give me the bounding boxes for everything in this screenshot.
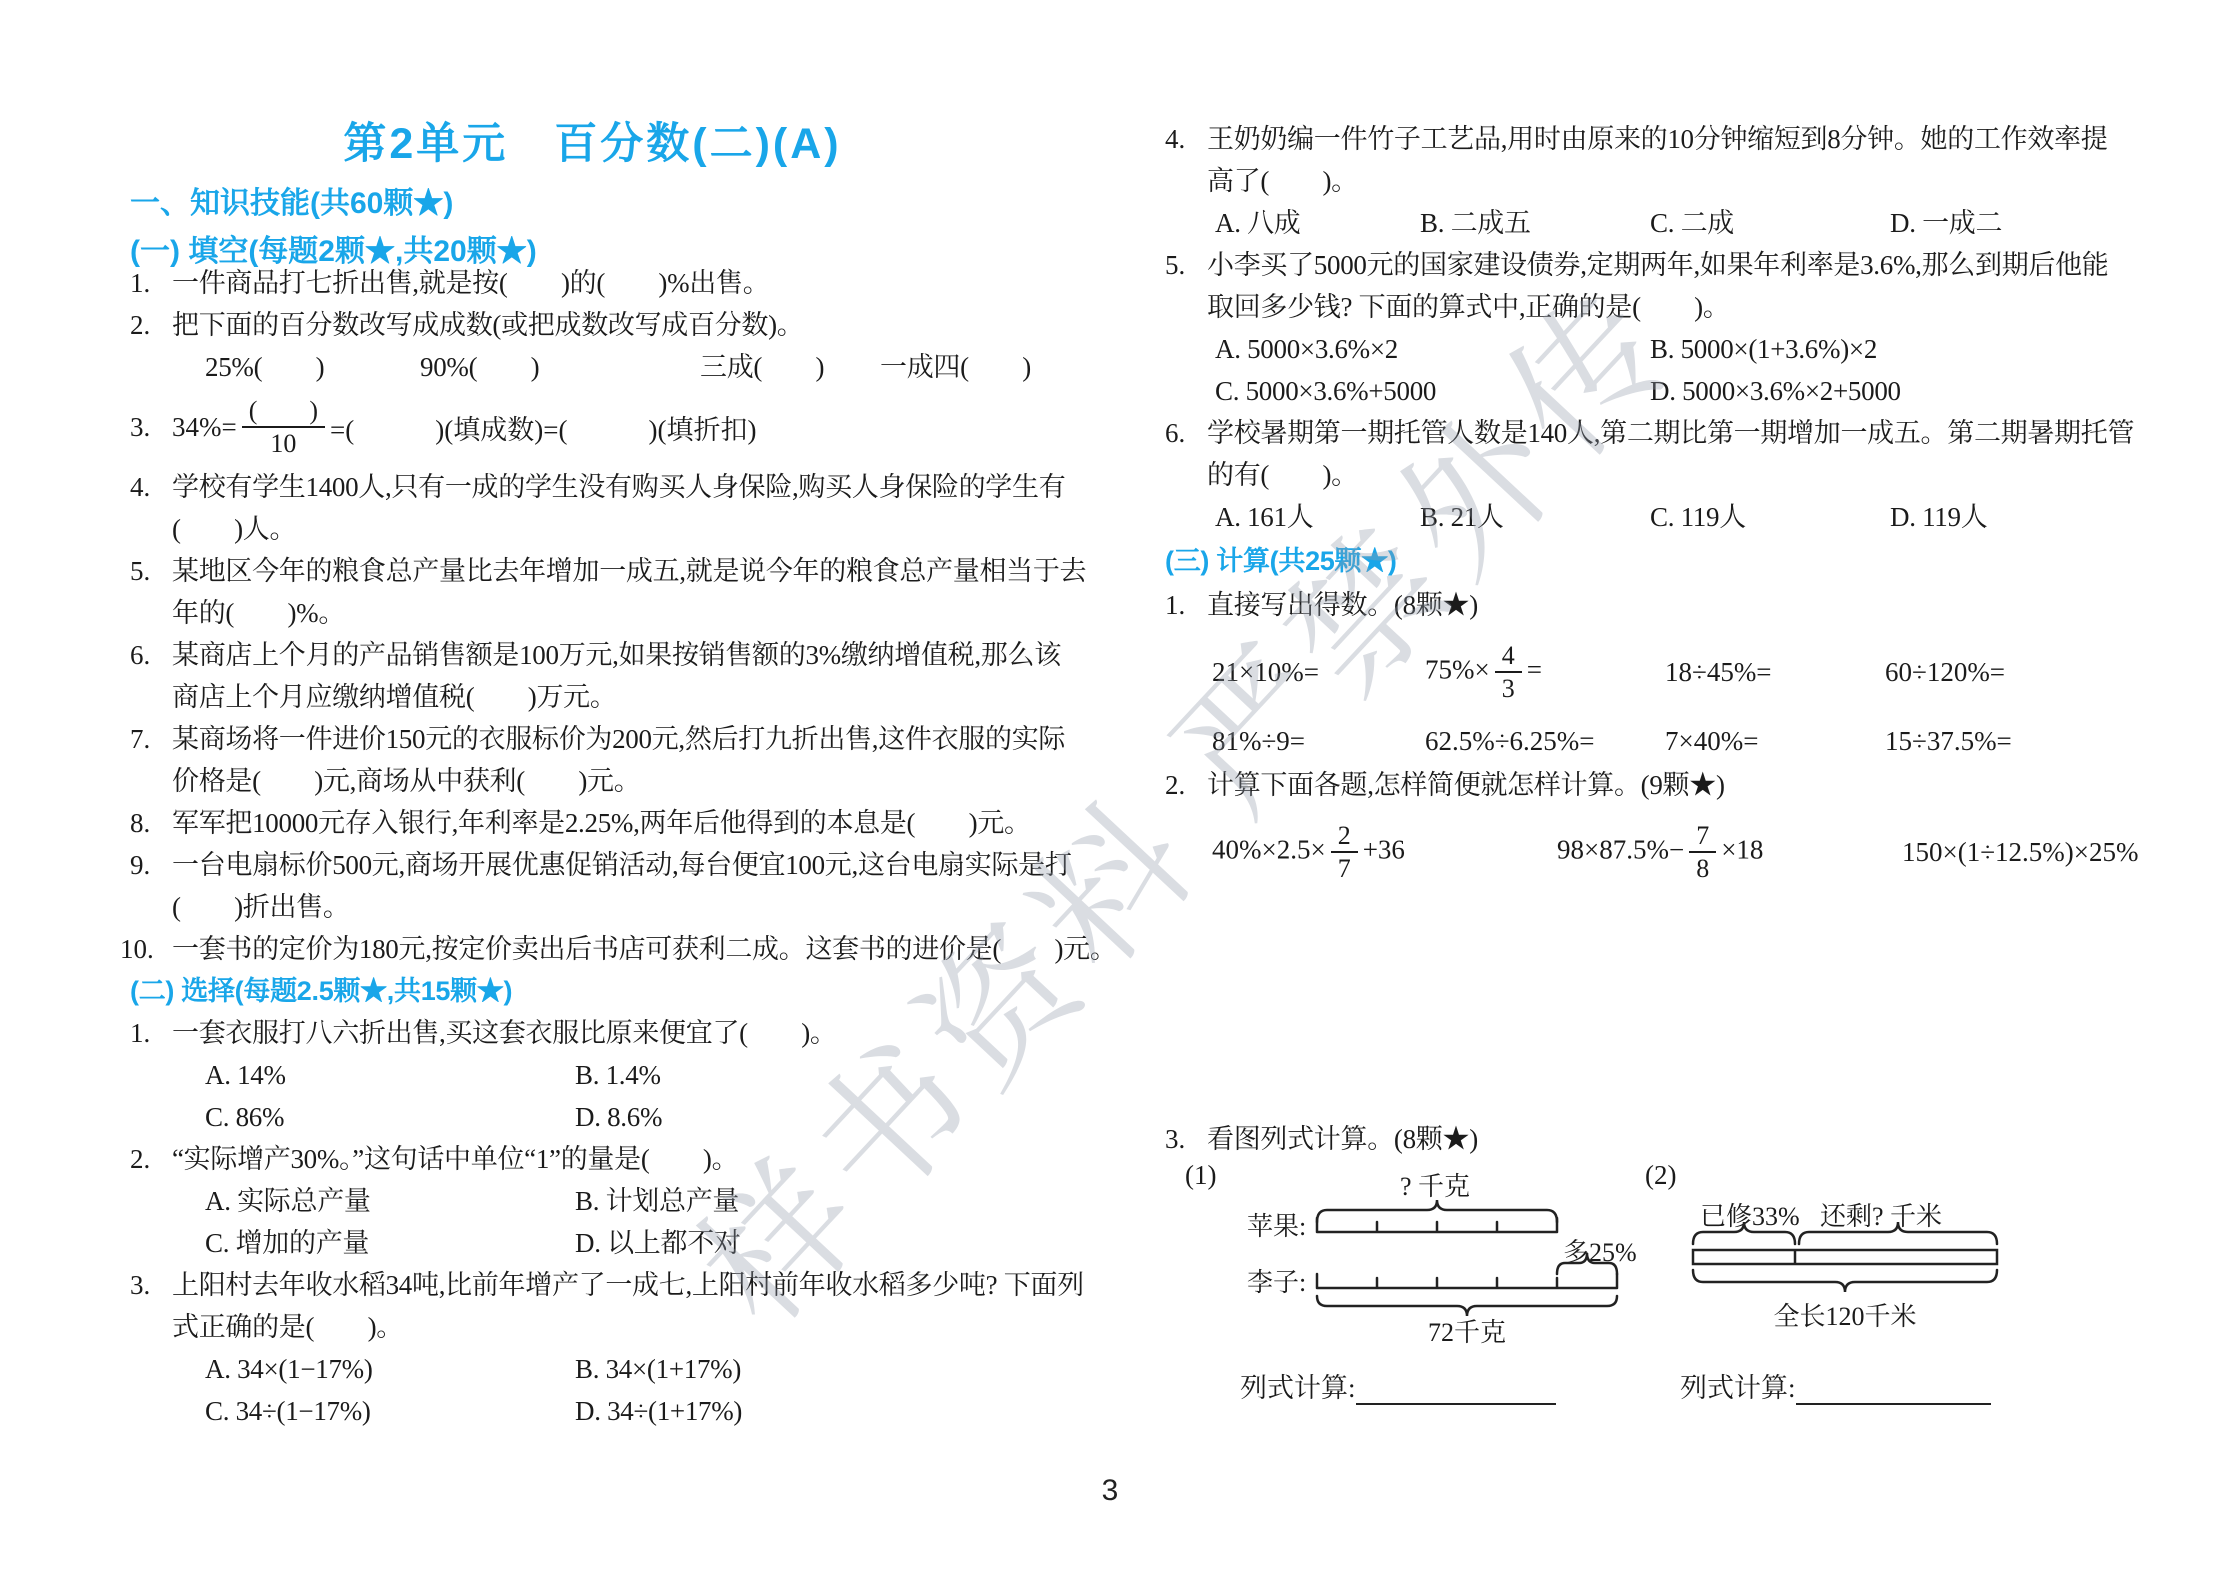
expr-suffix: ×18 bbox=[1721, 834, 1763, 864]
question-number: 1. bbox=[1165, 584, 1207, 764]
question-number: 9. bbox=[130, 844, 172, 928]
fraction: ( ) 10 bbox=[242, 395, 325, 459]
option-d: D. 一成二 bbox=[1890, 202, 2125, 244]
option-c: C. 5000×3.6%+5000 bbox=[1215, 370, 1650, 412]
fraction-denominator: 10 bbox=[242, 428, 325, 459]
calc-item: 75%×43= bbox=[1425, 640, 1665, 704]
option-a: A. 14% bbox=[205, 1054, 575, 1096]
fraction-numerator: 7 bbox=[1689, 820, 1716, 853]
tape-diagrams: (1) ? 千克 苹果: 多25% 李子: 72千克 (2) 已修33% 还剩?… bbox=[1165, 1160, 2125, 1420]
option-b: B. 21人 bbox=[1420, 496, 1650, 538]
option-c: C. 增加的产量 bbox=[205, 1222, 575, 1264]
option-d: D. 以上都不对 bbox=[575, 1222, 1055, 1264]
fraction-denominator: 3 bbox=[1495, 673, 1522, 704]
option-b: B. 34×(1+17%) bbox=[575, 1348, 1055, 1390]
calc-item: 21×10%= bbox=[1212, 657, 1425, 688]
question-text: 军军把10000元存入银行,年利率是2.25%,两年后他得到的本息是( )元。 bbox=[172, 802, 1055, 844]
option-c: C. 34÷(1−17%) bbox=[205, 1390, 575, 1432]
question-text: ( )人。 bbox=[172, 508, 1055, 550]
expr-suffix: +36 bbox=[1363, 834, 1405, 864]
expr-suffix: = bbox=[1527, 654, 1542, 684]
expression: 150×(1÷12.5%)×25% bbox=[1902, 837, 2139, 868]
top-brace bbox=[1317, 1200, 1557, 1222]
question-text: 商店上个月应缴纳增值税( )万元。 bbox=[172, 676, 1055, 718]
road-bar bbox=[1693, 1250, 1997, 1264]
option-c: C. 二成 bbox=[1650, 202, 1890, 244]
question-text: 价格是( )元,商场从中获利( )元。 bbox=[172, 760, 1055, 802]
options-row: C. 86% D. 8.6% bbox=[205, 1096, 1055, 1138]
section-heading-choice: (二) 选择(每题2.5颗★,共15颗★) bbox=[130, 970, 1055, 1012]
question-text: 某商店上个月的产品销售额是100万元,如果按销售额的3%缴纳增值税,那么该 bbox=[172, 634, 1055, 676]
total-brace bbox=[1693, 1270, 1997, 1292]
fraction-denominator: 7 bbox=[1331, 853, 1358, 884]
calc-item: 15÷37.5%= bbox=[1885, 718, 2125, 764]
question-number: 2. bbox=[1165, 764, 1207, 898]
options-row: A. 八成 B. 二成五 C. 二成 D. 一成二 bbox=[1215, 202, 2125, 244]
fraction-numerator: 2 bbox=[1331, 820, 1358, 853]
equation-prefix: 34%= bbox=[172, 412, 237, 443]
question-text: 计算下面各题,怎样简便就怎样计算。(9颗★) bbox=[1207, 764, 2125, 806]
question-text: 一件商品打七折出售,就是按( )的( )%出售。 bbox=[172, 262, 1055, 304]
calc-q2: 2. 计算下面各题,怎样简便就怎样计算。(9颗★) 40%×2.5×27+36 … bbox=[1165, 764, 2125, 898]
fill-q5: 5. 某地区今年的粮食总产量比去年增加一成五,就是说今年的粮食总产量相当于去 年… bbox=[130, 550, 1055, 634]
option-a: A. 161人 bbox=[1215, 496, 1420, 538]
question-text: 一台电扇标价500元,商场开展优惠促销活动,每台便宜100元,这台电扇实际是打 bbox=[172, 844, 1055, 886]
diagram-1-svg bbox=[1225, 1160, 1695, 1360]
calc-row-2: 81%÷9= 62.5%÷6.25%= 7×40%= 15÷37.5%= bbox=[1212, 718, 2125, 764]
choice-q4: 4. 王奶奶编一件竹子工艺品,用时由原来的10分钟缩短到8分钟。她的工作效率提 … bbox=[1165, 118, 2125, 244]
fraction: 43 bbox=[1495, 640, 1522, 704]
option-c: C. 86% bbox=[205, 1096, 575, 1138]
question-number: 5. bbox=[1165, 244, 1207, 412]
fill-q7: 7. 某商场将一件进价150元的衣服标价为200元,然后打九折出售,这件衣服的实… bbox=[130, 718, 1055, 802]
calc-item: 62.5%÷6.25%= bbox=[1425, 718, 1665, 764]
choice-q2: 2. “实际增产30%。”这句话中单位“1”的量是( )。 A. 实际总产量 B… bbox=[130, 1138, 1055, 1264]
question-text: 把下面的百分数改写成成数(或把成数改写成百分数)。 bbox=[172, 304, 1055, 346]
plum-bar bbox=[1317, 1274, 1617, 1288]
answer-row-1: 列式计算: bbox=[1240, 1366, 1556, 1405]
question-text: ( )折出售。 bbox=[172, 886, 1055, 928]
answer-blank bbox=[1796, 1373, 1991, 1405]
question-text: 某商场将一件进价150元的衣服标价为200元,然后打九折出售,这件衣服的实际 bbox=[172, 718, 1055, 760]
option-a: A. 5000×3.6%×2 bbox=[1215, 328, 1650, 370]
question-text: 式正确的是( )。 bbox=[172, 1306, 1055, 1348]
fill-q2: 2. 把下面的百分数改写成成数(或把成数改写成百分数)。 25%( ) 90%(… bbox=[130, 304, 1055, 388]
calc-q1: 1. 直接写出得数。(8颗★) 21×10%= 75%×43= 18÷45%= … bbox=[1165, 584, 2125, 764]
question-text: 学校有学生1400人,只有一成的学生没有购买人身保险,购买人身保险的学生有 bbox=[172, 466, 1055, 508]
page-number: 3 bbox=[1060, 1474, 1160, 1508]
question-text: 王奶奶编一件竹子工艺品,用时由原来的10分钟缩短到8分钟。她的工作效率提 bbox=[1207, 118, 2125, 160]
fill-q6: 6. 某商店上个月的产品销售额是100万元,如果按销售额的3%缴纳增值税,那么该… bbox=[130, 634, 1055, 718]
question-text: 一套衣服打八六折出售,买这套衣服比原来便宜了( )。 bbox=[172, 1012, 1055, 1054]
expr-prefix: 75%× bbox=[1425, 654, 1490, 684]
option-d: D. 5000×3.6%×2+5000 bbox=[1650, 370, 2125, 412]
question-number: 6. bbox=[130, 634, 172, 718]
question-number: 4. bbox=[1165, 118, 1207, 244]
option-b: B. 计划总产量 bbox=[575, 1180, 1055, 1222]
question-text: 高了( )。 bbox=[1207, 160, 2125, 202]
question-number: 1. bbox=[130, 1012, 172, 1138]
options-row: C. 34÷(1−17%) D. 34÷(1+17%) bbox=[205, 1390, 1055, 1432]
options-row: C. 增加的产量 D. 以上都不对 bbox=[205, 1222, 1055, 1264]
more-brace bbox=[1557, 1253, 1617, 1274]
fill-q10: 10. 一套书的定价为180元,按定价卖出后书店可获利二成。这套书的进价是( )… bbox=[130, 928, 1055, 970]
fraction-denominator: 8 bbox=[1689, 853, 1716, 884]
diagram-1-label: (1) bbox=[1185, 1160, 1216, 1191]
option-a: A. 实际总产量 bbox=[205, 1180, 575, 1222]
left-brace bbox=[1799, 1222, 1997, 1244]
question-number: 6. bbox=[1165, 412, 1207, 538]
question-text: 的有( )。 bbox=[1207, 454, 2125, 496]
calc-item: 7×40%= bbox=[1665, 718, 1885, 764]
options-row: A. 实际总产量 B. 计划总产量 bbox=[205, 1180, 1055, 1222]
options-row: A. 5000×3.6%×2 B. 5000×(1+3.6%)×2 bbox=[1215, 328, 2125, 370]
option-b: B. 1.4% bbox=[575, 1054, 1055, 1096]
question-text: 小李买了5000元的国家建设债券,定期两年,如果年利率是3.6%,那么到期后他能 bbox=[1207, 244, 2125, 286]
fraction-numerator: ( ) bbox=[242, 395, 325, 428]
fraction: 27 bbox=[1331, 820, 1358, 884]
question-text: 学校暑期第一期托管人数是140人,第二期比第一期增加一成五。第二期暑期托管 bbox=[1207, 412, 2125, 454]
done-brace bbox=[1693, 1222, 1795, 1244]
blank-cell: 25%( ) bbox=[205, 346, 420, 388]
question-text: 直接写出得数。(8颗★) bbox=[1207, 584, 2125, 626]
question-text: “实际增产30%。”这句话中单位“1”的量是( )。 bbox=[172, 1138, 1055, 1180]
fill-q2-cells: 25%( ) 90%( ) 三成( ) 一成四( ) bbox=[205, 346, 1055, 388]
blank-cell: 90%( ) bbox=[420, 346, 700, 388]
calc-q3: 3. 看图列式计算。(8颗★) bbox=[1165, 1118, 2125, 1160]
calc-row-1: 21×10%= 75%×43= 18÷45%= 60÷120%= bbox=[1212, 626, 2125, 718]
expression: 98×87.5%−78×18 bbox=[1557, 820, 1902, 884]
choice-q1: 1. 一套衣服打八六折出售,买这套衣服比原来便宜了( )。 A. 14% B. … bbox=[130, 1012, 1055, 1138]
question-text: 取回多少钱? 下面的算式中,正确的是( )。 bbox=[1207, 286, 2125, 328]
fill-questions: 1. 一件商品打七折出售,就是按( )的( )%出售。 2. 把下面的百分数改写… bbox=[130, 262, 1055, 1432]
answer-blank bbox=[1356, 1373, 1556, 1405]
calc-item: 60÷120%= bbox=[1885, 657, 2125, 688]
blank-cell: 一成四( ) bbox=[880, 346, 1031, 388]
fraction: 78 bbox=[1689, 820, 1716, 884]
choice-q3: 3. 上阳村去年收水稻34吨,比前年增产了一成七,上阳村前年收水稻多少吨? 下面… bbox=[130, 1264, 1055, 1432]
fill-q9: 9. 一台电扇标价500元,商场开展优惠促销活动,每台便宜100元,这台电扇实际… bbox=[130, 844, 1055, 928]
question-number: 3. bbox=[1165, 1118, 1207, 1160]
expr-prefix: 40%×2.5× bbox=[1212, 834, 1326, 864]
answer-label: 列式计算: bbox=[1240, 1373, 1356, 1403]
question-text: 看图列式计算。(8颗★) bbox=[1207, 1118, 2125, 1160]
question-text: 一套书的定价为180元,按定价卖出后书店可获利二成。这套书的进价是( )元。 bbox=[172, 928, 1055, 970]
question-number: 4. bbox=[130, 466, 172, 550]
right-column: 4. 王奶奶编一件竹子工艺品,用时由原来的10分钟缩短到8分钟。她的工作效率提 … bbox=[1165, 118, 2125, 1420]
calc-item: 18÷45%= bbox=[1665, 657, 1885, 688]
section-heading-knowledge: 一、知识技能(共60颗★) bbox=[130, 178, 453, 222]
fill-q3: 3. 34%= ( ) 10 =( )(填成数)=( )(填折扣) bbox=[130, 388, 1055, 466]
options-row: A. 34×(1−17%) B. 34×(1+17%) bbox=[205, 1348, 1055, 1390]
section-heading-calc: (三) 计算(共25颗★) bbox=[1165, 538, 2125, 584]
option-a: A. 八成 bbox=[1215, 202, 1420, 244]
question-text: 上阳村去年收水稻34吨,比前年增产了一成七,上阳村前年收水稻多少吨? 下面列 bbox=[172, 1264, 1055, 1306]
fill-q4: 4. 学校有学生1400人,只有一成的学生没有购买人身保险,购买人身保险的学生有… bbox=[130, 466, 1055, 550]
option-d: D. 34÷(1+17%) bbox=[575, 1390, 1055, 1432]
options-row: A. 161人 B. 21人 C. 119人 D. 119人 bbox=[1215, 496, 2125, 538]
question-number: 3. bbox=[130, 388, 172, 466]
blank-cell: 三成( ) bbox=[700, 346, 880, 388]
expression-row: 40%×2.5×27+36 98×87.5%−78×18 150×(1÷12.5… bbox=[1212, 806, 2125, 898]
apple-bar bbox=[1317, 1218, 1557, 1232]
option-d: D. 119人 bbox=[1890, 496, 2125, 538]
question-number: 5. bbox=[130, 550, 172, 634]
question-number: 2. bbox=[130, 304, 172, 388]
expr-prefix: 98×87.5%− bbox=[1557, 834, 1684, 864]
expression: 40%×2.5×27+36 bbox=[1212, 820, 1557, 884]
fill-q8: 8. 军军把10000元存入银行,年利率是2.25%,两年后他得到的本息是( )… bbox=[130, 802, 1055, 844]
question-text: 某地区今年的粮食总产量比去年增加一成五,就是说今年的粮食总产量相当于去 bbox=[172, 550, 1055, 592]
diagram-2-label: (2) bbox=[1645, 1160, 1676, 1191]
choice-q6: 6. 学校暑期第一期托管人数是140人,第二期比第一期增加一成五。第二期暑期托管… bbox=[1165, 412, 2125, 538]
answer-row-2: 列式计算: bbox=[1680, 1366, 1991, 1405]
question-text: 年的( )%。 bbox=[172, 592, 1055, 634]
bottom-brace bbox=[1317, 1296, 1617, 1316]
option-a: A. 34×(1−17%) bbox=[205, 1348, 575, 1390]
option-d: D. 8.6% bbox=[575, 1096, 1055, 1138]
question-number: 2. bbox=[130, 1138, 172, 1264]
options-row: C. 5000×3.6%+5000 D. 5000×3.6%×2+5000 bbox=[1215, 370, 2125, 412]
option-c: C. 119人 bbox=[1650, 496, 1890, 538]
equation-suffix: =( )(填成数)=( )(填折扣) bbox=[330, 408, 756, 447]
fill-q1: 1. 一件商品打七折出售,就是按( )的( )%出售。 bbox=[130, 262, 1055, 304]
question-number: 8. bbox=[130, 802, 172, 844]
choice-q5: 5. 小李买了5000元的国家建设债券,定期两年,如果年利率是3.6%,那么到期… bbox=[1165, 244, 2125, 412]
fraction-numerator: 4 bbox=[1495, 640, 1522, 673]
question-number: 10. bbox=[120, 928, 172, 970]
option-b: B. 二成五 bbox=[1420, 202, 1650, 244]
calc-item: 81%÷9= bbox=[1212, 718, 1425, 764]
page-title: 第2单元 百分数(二)(A) bbox=[130, 110, 1055, 171]
diagram-2-svg bbox=[1680, 1160, 2060, 1360]
question-number: 7. bbox=[130, 718, 172, 802]
options-row: A. 14% B. 1.4% bbox=[205, 1054, 1055, 1096]
question-number: 1. bbox=[130, 262, 172, 304]
question-number: 3. bbox=[130, 1264, 172, 1432]
question-text: 34%= ( ) 10 =( )(填成数)=( )(填折扣) bbox=[172, 388, 1055, 466]
option-b: B. 5000×(1+3.6%)×2 bbox=[1650, 328, 2125, 370]
answer-label: 列式计算: bbox=[1680, 1373, 1796, 1403]
